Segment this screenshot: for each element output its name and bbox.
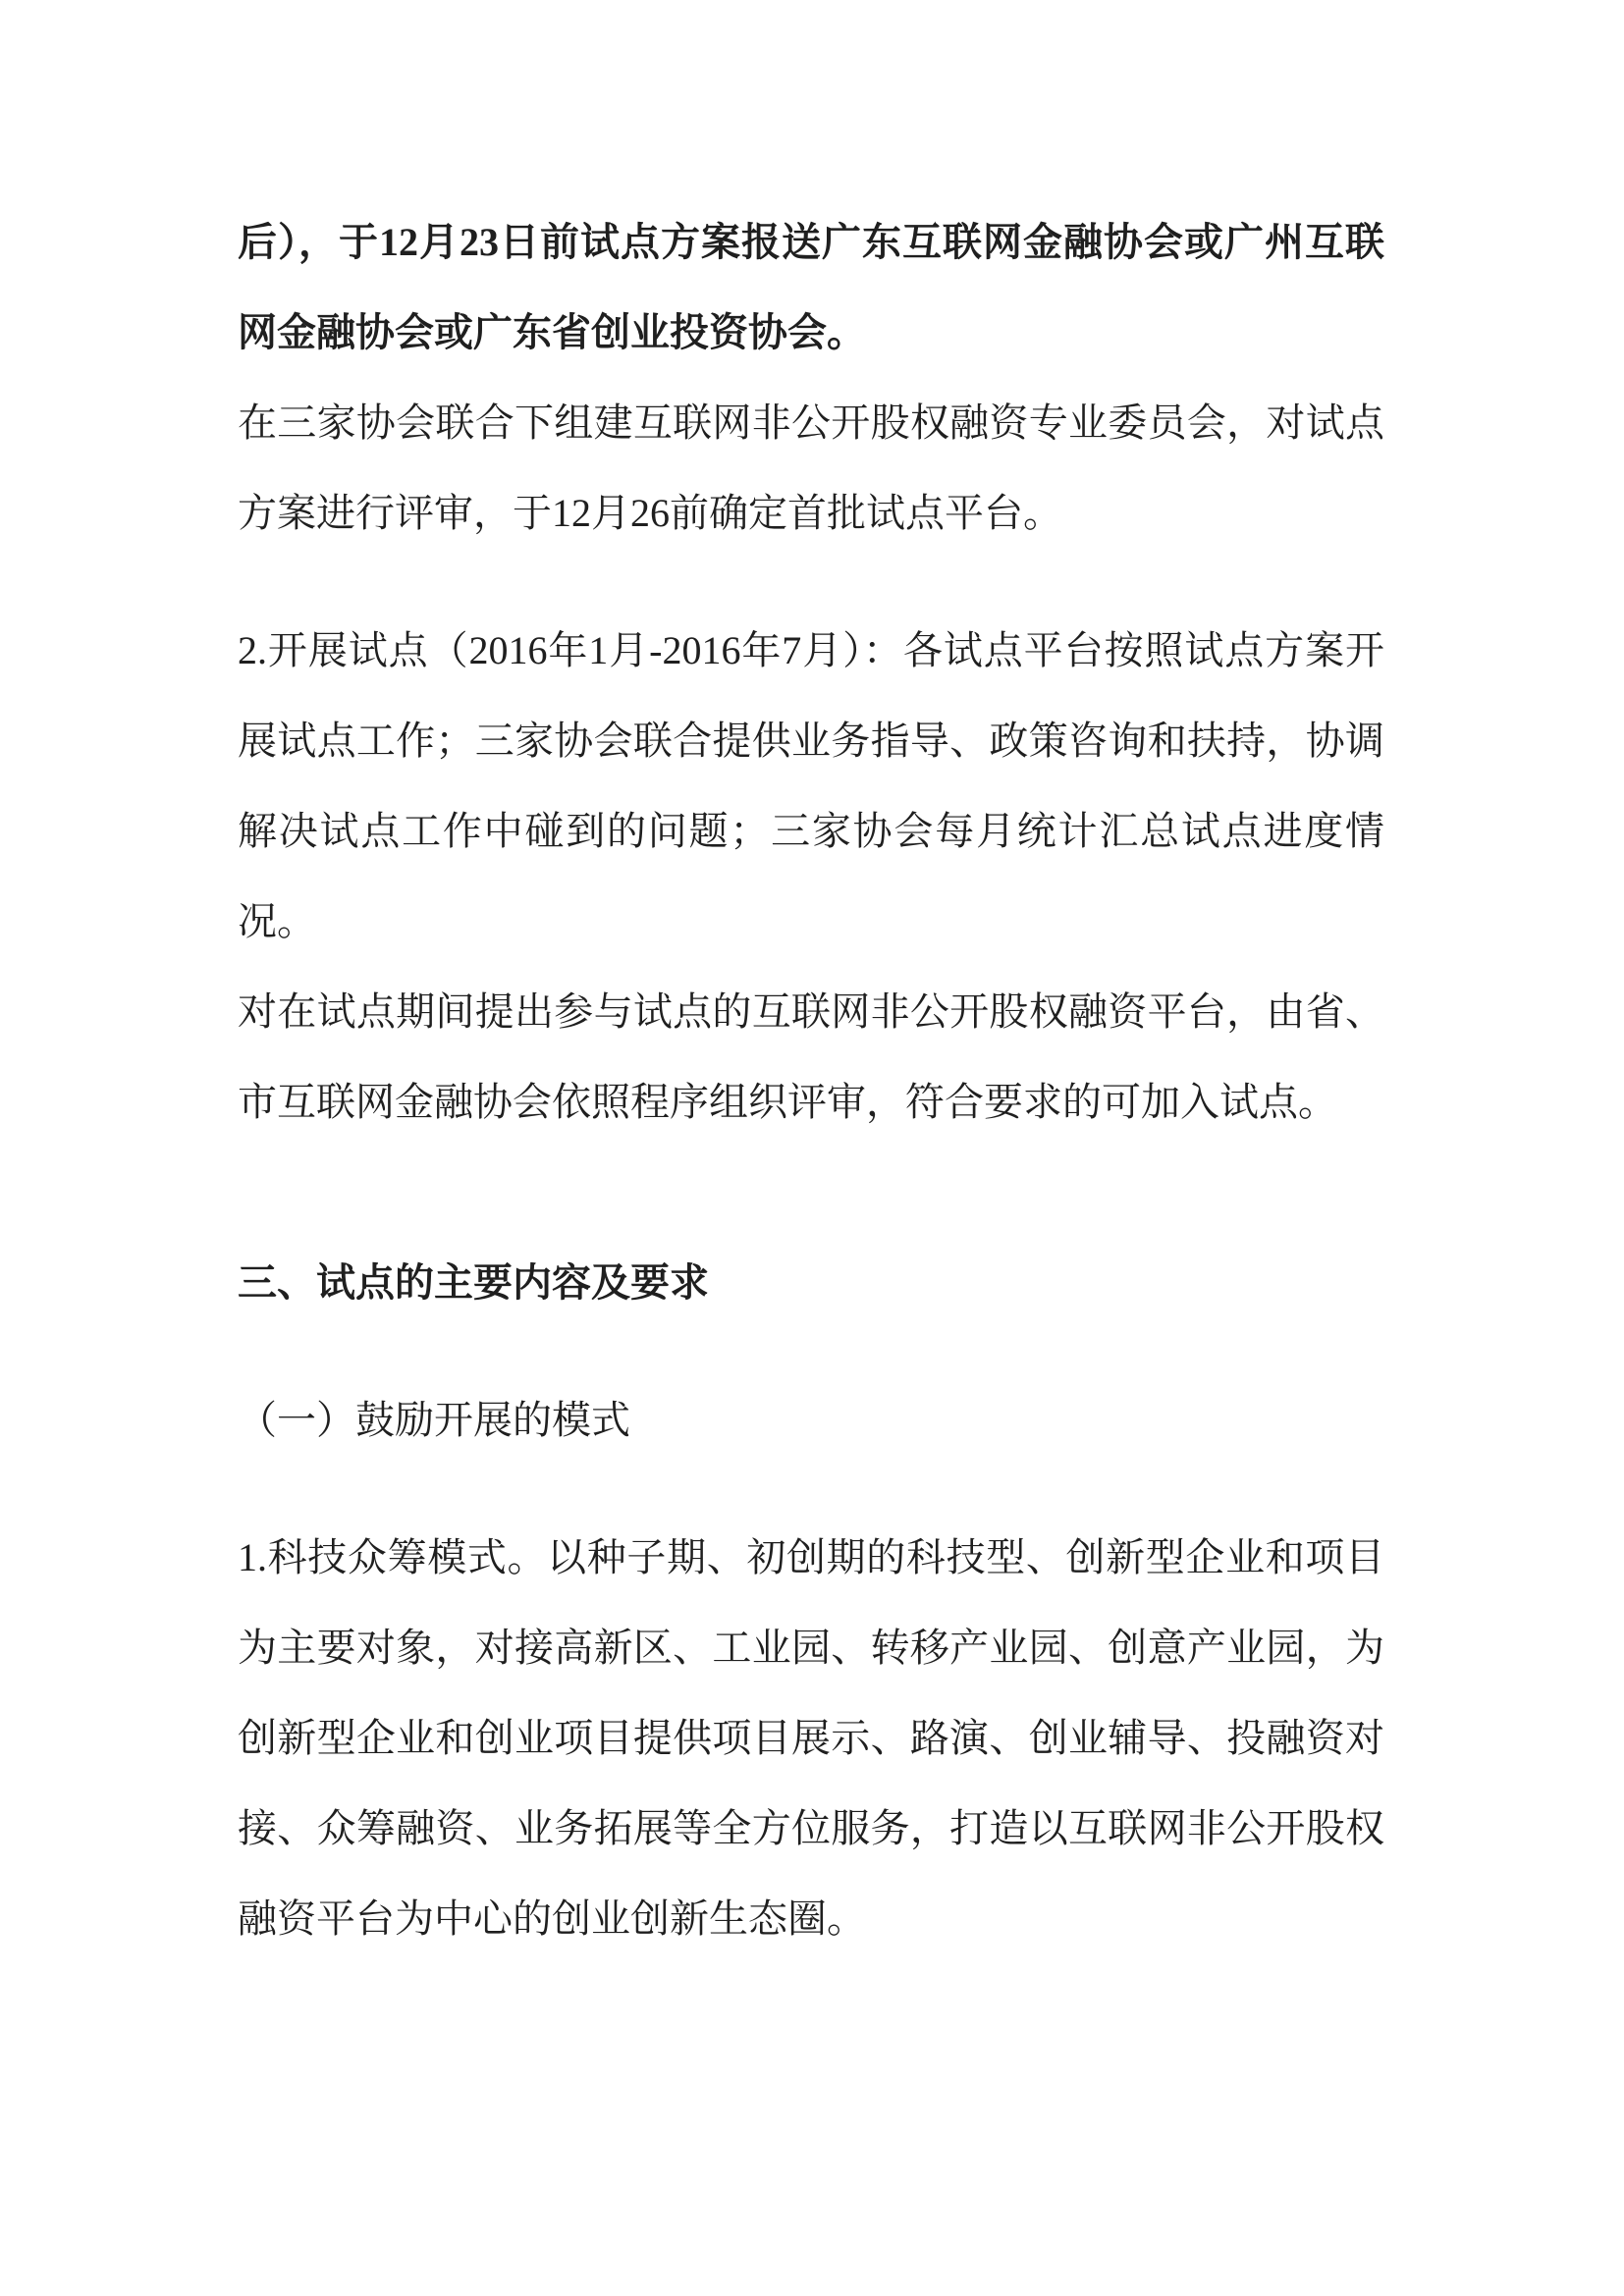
text-line: 后），于12月23日前试点方案报送广东互联网金融协会或广州互联	[238, 197, 1384, 288]
text-line: 市互联网金融协会依照程序组织评审，符合要求的可加入试点。	[238, 1057, 1384, 1148]
paragraph-tech-crowdfunding-model: 1.科技众筹模式。以种子期、初创期的科技型、创新型企业和项目为主要对象，对接高新…	[238, 1513, 1384, 1964]
text-line: 解决试点工作中碰到的问题；三家协会每月统计汇总试点进度情	[238, 786, 1384, 877]
text-line: 方案进行评审，于12月26前确定首批试点平台。	[238, 468, 1384, 559]
paragraph-review-committee: 在三家协会联合下组建互联网非公开股权融资专业委员会，对试点方案进行评审，于12月…	[238, 378, 1384, 559]
text-line: 2.开展试点（2016年1月-2016年7月）：各试点平台按照试点方案开	[238, 606, 1384, 696]
document-page: 后），于12月23日前试点方案报送广东互联网金融协会或广州互联网金融协会或广东省…	[0, 0, 1624, 2296]
paragraph-pilot-joining: 对在试点期间提出参与试点的互联网非公开股权融资平台，由省、市互联网金融协会依照程…	[238, 967, 1384, 1148]
text-line: 为主要对象，对接高新区、工业园、转移产业园、创意产业园，为	[238, 1603, 1384, 1693]
subsection-heading: （一）鼓励开展的模式	[238, 1375, 1384, 1466]
paragraph-pilot-launch: 2.开展试点（2016年1月-2016年7月）：各试点平台按照试点方案开展试点工…	[238, 606, 1384, 967]
section-heading: 三、试点的主要内容及要求	[238, 1238, 1384, 1328]
document-body: 后），于12月23日前试点方案报送广东互联网金融协会或广州互联网金融协会或广东省…	[238, 197, 1384, 1964]
paragraph-bold-continuation: 后），于12月23日前试点方案报送广东互联网金融协会或广州互联网金融协会或广东省…	[238, 197, 1384, 378]
text-line: 1.科技众筹模式。以种子期、初创期的科技型、创新型企业和项目	[238, 1513, 1384, 1603]
text-line: 对在试点期间提出参与试点的互联网非公开股权融资平台，由省、	[238, 967, 1384, 1057]
text-line: 接、众筹融资、业务拓展等全方位服务，打造以互联网非公开股权	[238, 1784, 1384, 1874]
text-line: 三、试点的主要内容及要求	[238, 1238, 1384, 1328]
text-line: 融资平台为中心的创业创新生态圈。	[238, 1874, 1384, 1964]
text-line: 网金融协会或广东省创业投资协会。	[238, 288, 1384, 378]
text-line: 况。	[238, 877, 1384, 967]
text-line: 创新型企业和创业项目提供项目展示、路演、创业辅导、投融资对	[238, 1693, 1384, 1784]
text-line: 展试点工作；三家协会联合提供业务指导、政策咨询和扶持，协调	[238, 696, 1384, 786]
text-line: （一）鼓励开展的模式	[238, 1375, 1384, 1466]
text-line: 在三家协会联合下组建互联网非公开股权融资专业委员会，对试点	[238, 378, 1384, 468]
